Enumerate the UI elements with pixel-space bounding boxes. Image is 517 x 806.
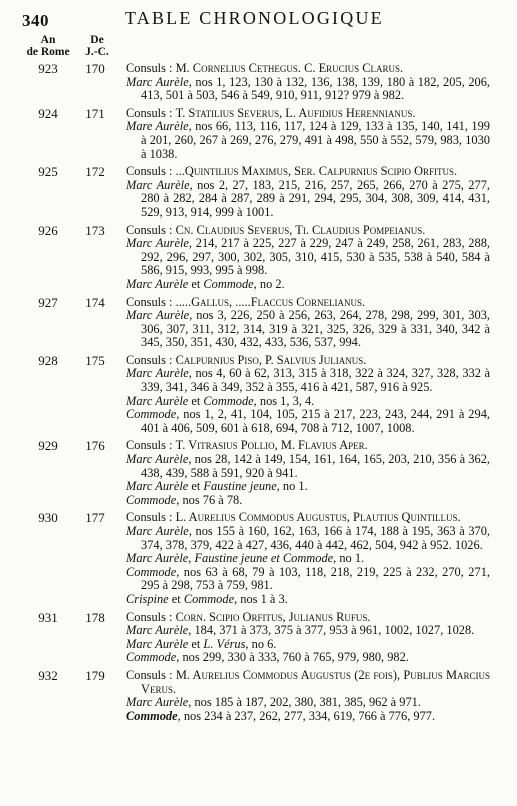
consuls-names: M. Cornelius Cethegus. C. Erucius Clarus… — [176, 61, 404, 75]
entry-body: Consuls : L. Aurelius Commodus Augustus,… — [126, 511, 490, 606]
emperor-name: Commode — [126, 493, 176, 507]
coin-reference-line: Marc Aurèle, 214, 217 à 225, 227 à 229, … — [126, 237, 490, 278]
coin-reference-line: Marc Aurèle, 184, 371 à 373, 375 à 377, … — [126, 624, 490, 638]
consuls-label: Consuls : — [126, 353, 172, 367]
consuls-line: Consuls : .....Gallus, .....Flaccus Corn… — [126, 296, 490, 310]
coin-reference-line: Marc Aurèle, nos 28, 142 à 149, 154, 161… — [126, 453, 490, 480]
consuls-label: Consuls : — [126, 295, 172, 309]
emperor-name: L. Vérus — [203, 637, 245, 651]
chronology-entry: 928175Consuls : Calpurnius Piso, P. Salv… — [0, 354, 517, 436]
emperor-name: Marc Aurèle — [126, 366, 189, 380]
consuls-line: Consuls : Calpurnius Piso, P. Salvius Ju… — [126, 354, 490, 368]
consuls-line: Consuls : ...Quintilius Maximus, Ser. Ca… — [126, 165, 490, 179]
emperor-name: Marc Aurèle — [126, 524, 189, 538]
year-ab-urbe-condita: 925 — [28, 165, 68, 179]
emperor-name: Marc Aurèle — [126, 75, 189, 89]
joiner: et — [188, 637, 203, 651]
catalogue-numbers: , nos 1, 123, 130 à 132, 136, 138, 139, … — [141, 75, 490, 103]
consuls-label: Consuls : — [126, 164, 172, 178]
consuls-names: .....Gallus, .....Flaccus Cornelianus. — [176, 295, 365, 309]
chronology-entry: 930177Consuls : L. Aurelius Commodus Aug… — [0, 511, 517, 606]
year-ab-urbe-condita: 929 — [28, 439, 68, 453]
emperor-name: Marc Aurèle — [126, 308, 189, 322]
catalogue-numbers: , no 2. — [254, 277, 285, 291]
chronology-entry: 931178Consuls : Corn. Scipio Orfitus, Ju… — [0, 611, 517, 665]
page-number: 340 — [22, 14, 49, 28]
year-ad: 176 — [80, 439, 110, 453]
consuls-line: Consuls : Corn. Scipio Orfitus, Julianus… — [126, 611, 490, 625]
consuls-line: Consuls : Cn. Claudius Severus, Ti. Clau… — [126, 224, 490, 238]
chronology-entry: 932179Consuls : M. Aurelius Commodus Aug… — [0, 669, 517, 723]
catalogue-numbers: , nos 299, 330 à 333, 760 à 765, 979, 98… — [176, 650, 409, 664]
column-header-line: An — [22, 35, 74, 47]
consuls-names: T. Statilius Severus, L. Aufidius Herenn… — [176, 106, 416, 120]
coin-reference-line: Marc Aurèle et L. Vérus, no 6. — [126, 638, 490, 652]
coin-reference-line: Crispine et Commode, nos 1 à 3. — [126, 593, 490, 607]
consuls-label: Consuls : — [126, 106, 172, 120]
joiner: et — [169, 592, 184, 606]
coin-reference-line: Marc Aurèle, nos 4, 60 à 62, 313, 315 à … — [126, 367, 490, 394]
coin-reference-line: Marc Aurèle, nos 1, 123, 130 à 132, 136,… — [126, 76, 490, 103]
year-ab-urbe-condita: 926 — [28, 224, 68, 238]
entry-body: Consuls : .....Gallus, .....Flaccus Corn… — [126, 296, 490, 350]
catalogue-numbers: , nos 63 à 68, 79 à 103, 118, 218, 219, … — [141, 565, 490, 593]
catalogue-numbers: , nos 3, 226, 250 à 256, 263, 264, 278, … — [141, 308, 490, 349]
consuls-label: Consuls : — [126, 668, 173, 682]
joiner: et — [188, 277, 203, 291]
emperor-name: Marc Aurèle — [126, 452, 188, 466]
column-header-de-jc: De J.-C. — [80, 35, 114, 58]
consuls-names: ...Quintilius Maximus, Ser. Calpurnius S… — [176, 164, 458, 178]
chronology-entry: 923170Consuls : M. Cornelius Cethegus. C… — [0, 62, 517, 103]
catalogue-numbers: , 214, 217 à 225, 227 à 229, 247 à 249, … — [141, 236, 490, 277]
chronology-entry: 924171Consuls : T. Statilius Severus, L.… — [0, 107, 517, 161]
emperor-name: Marc Aurèle — [126, 479, 188, 493]
consuls-line: Consuls : M. Cornelius Cethegus. C. Eruc… — [126, 62, 490, 76]
catalogue-numbers: , nos 66, 113, 116, 117, 124 à 129, 133 … — [141, 119, 490, 160]
coin-reference-line: Marc Aurèle, nos 3, 226, 250 à 256, 263,… — [126, 309, 490, 350]
year-ab-urbe-condita: 927 — [28, 296, 68, 310]
year-ad: 171 — [80, 107, 110, 121]
entry-body: Consuls : ...Quintilius Maximus, Ser. Ca… — [126, 165, 490, 219]
consuls-label: Consuls : — [126, 223, 172, 237]
year-ad: 172 — [80, 165, 110, 179]
consuls-label: Consuls : — [126, 61, 172, 75]
year-ab-urbe-condita: 931 — [28, 611, 68, 625]
catalogue-numbers: , nos 155 à 160, 162, 163, 166 à 174, 18… — [141, 524, 490, 552]
emperor-name: Marc Aurèle — [126, 236, 189, 250]
catalogue-numbers: , nos 1, 3, 4. — [254, 394, 315, 408]
emperor-name: Marc Aurèle, Faustine jeune et Commode — [126, 551, 333, 565]
year-ad: 174 — [80, 296, 110, 310]
consuls-line: Consuls : T. Statilius Severus, L. Aufid… — [126, 107, 490, 121]
coin-reference-line: Marc Aurèle et Faustine jeune, no 1. — [126, 480, 490, 494]
column-header-line: de Rome — [22, 47, 74, 59]
year-ad: 178 — [80, 611, 110, 625]
catalogue-numbers: , nos 234 à 237, 262, 277, 334, 619, 766… — [178, 709, 435, 723]
entry-body: Consuls : Cn. Claudius Severus, Ti. Clau… — [126, 224, 490, 292]
year-ab-urbe-condita: 928 — [28, 354, 68, 368]
year-ab-urbe-condita: 932 — [28, 669, 68, 683]
entry-body: Consuls : T. Vitrasius Pollio, M. Flaviu… — [126, 439, 490, 507]
emperor-name: Marc Aurèle — [126, 637, 188, 651]
catalogue-numbers: , nos 4, 60 à 62, 313, 315 à 318, 322 à … — [141, 366, 490, 394]
year-ad: 173 — [80, 224, 110, 238]
coin-reference-line: Marc Aurèle, nos 185 à 187, 202, 380, 38… — [126, 696, 490, 710]
column-header-line: J.-C. — [80, 47, 114, 59]
consuls-names: Cn. Claudius Severus, Ti. Claudius Pompe… — [176, 223, 426, 237]
entry-body: Consuls : Calpurnius Piso, P. Salvius Ju… — [126, 354, 490, 436]
catalogue-numbers: , nos 185 à 187, 202, 380, 381, 385, 962… — [188, 695, 421, 709]
coin-reference-line: Commode, nos 63 à 68, 79 à 103, 118, 218… — [126, 566, 490, 593]
catalogue-numbers: , no 6. — [245, 637, 276, 651]
catalogue-numbers: , nos 76 à 78. — [176, 493, 242, 507]
catalogue-numbers: , nos 1, 2, 41, 104, 105, 215 à 217, 223… — [141, 407, 490, 435]
emperor-name: Commode — [126, 650, 176, 664]
consuls-line: Consuls : L. Aurelius Commodus Augustus,… — [126, 511, 490, 525]
consuls-names: Calpurnius Piso, P. Salvius Julianus. — [176, 353, 367, 367]
coin-reference-line: Marc Aurèle et Commode, no 2. — [126, 278, 490, 292]
catalogue-numbers: , nos 28, 142 à 149, 154, 161, 164, 165,… — [141, 452, 490, 480]
chronology-entries: 923170Consuls : M. Cornelius Cethegus. C… — [0, 62, 517, 727]
emperor-name: Marc Aurèle — [126, 623, 188, 637]
emperor-name: Mare Aurèle — [126, 119, 189, 133]
entry-body: Consuls : M. Cornelius Cethegus. C. Eruc… — [126, 62, 490, 103]
catalogue-numbers: , nos 2, 27, 183, 215, 216, 257, 265, 26… — [141, 178, 490, 219]
emperor-name: Commode — [126, 565, 176, 579]
entry-body: Consuls : M. Aurelius Commodus Augustus … — [126, 669, 490, 723]
entry-body: Consuls : Corn. Scipio Orfitus, Julianus… — [126, 611, 490, 665]
coin-reference-line: Commode, nos 1, 2, 41, 104, 105, 215 à 2… — [126, 408, 490, 435]
year-ab-urbe-condita: 923 — [28, 62, 68, 76]
coin-reference-line: Commode, nos 76 à 78. — [126, 494, 490, 508]
coin-reference-line: Commode, nos 234 à 237, 262, 277, 334, 6… — [126, 710, 490, 724]
coin-reference-line: Mare Aurèle, nos 66, 113, 116, 117, 124 … — [126, 120, 490, 161]
consuls-label: Consuls : — [126, 610, 172, 624]
consuls-label: Consuls : — [126, 438, 172, 452]
consuls-names: Corn. Scipio Orfitus, Julianus Rufus. — [176, 610, 371, 624]
joiner: et — [188, 479, 203, 493]
running-title: TABLE CHRONOLOGIQUE — [125, 12, 384, 26]
catalogue-numbers: , nos 1 à 3. — [234, 592, 288, 606]
chronology-entry: 929176Consuls : T. Vitrasius Pollio, M. … — [0, 439, 517, 507]
emperor-name: Commode — [184, 592, 234, 606]
emperor-name: Commode — [126, 407, 176, 421]
emperor-name: Crispine — [126, 592, 169, 606]
catalogue-numbers: , no 1. — [333, 551, 364, 565]
coin-reference-line: Marc Aurèle, nos 155 à 160, 162, 163, 16… — [126, 525, 490, 552]
column-header-an-de-rome: An de Rome — [22, 35, 74, 58]
coin-reference-line: Marc Aurèle, nos 2, 27, 183, 215, 216, 2… — [126, 179, 490, 220]
page-header: 340 TABLE CHRONOLOGIQUE — [0, 12, 517, 36]
year-ad: 170 — [80, 62, 110, 76]
entry-body: Consuls : T. Statilius Severus, L. Aufid… — [126, 107, 490, 161]
consuls-names: T. Vitrasius Pollio, M. Flavius Aper. — [176, 438, 368, 452]
year-ab-urbe-condita: 924 — [28, 107, 68, 121]
column-headers: An de Rome De J.-C. — [0, 35, 130, 61]
emperor-name: Commode — [203, 394, 253, 408]
emperor-name: Faustine jeune — [203, 479, 276, 493]
catalogue-numbers: , 184, 371 à 373, 375 à 377, 953 à 961, … — [188, 623, 474, 637]
year-ad: 177 — [80, 511, 110, 525]
catalogue-numbers: , no 1. — [277, 479, 308, 493]
consuls-names: L. Aurelius Commodus Augustus, Plautius … — [176, 510, 461, 524]
emperor-name: Marc Aurèle — [126, 695, 188, 709]
consuls-names: M. Aurelius Commodus Augustus (2e fois),… — [141, 668, 490, 696]
emperor-name: Commode — [126, 709, 178, 723]
joiner: et — [188, 394, 203, 408]
chronology-entry: 926173Consuls : Cn. Claudius Severus, Ti… — [0, 224, 517, 292]
coin-reference-line: Marc Aurèle et Commode, nos 1, 3, 4. — [126, 395, 490, 409]
year-ad: 179 — [80, 669, 110, 683]
coin-reference-line: Marc Aurèle, Faustine jeune et Commode, … — [126, 552, 490, 566]
year-ab-urbe-condita: 930 — [28, 511, 68, 525]
coin-reference-line: Commode, nos 299, 330 à 333, 760 à 765, … — [126, 651, 490, 665]
emperor-name: Marc Aurèle — [126, 394, 188, 408]
consuls-line: Consuls : T. Vitrasius Pollio, M. Flaviu… — [126, 439, 490, 453]
column-header-line: De — [80, 35, 114, 47]
consuls-line: Consuls : M. Aurelius Commodus Augustus … — [126, 669, 490, 696]
consuls-label: Consuls : — [126, 510, 172, 524]
chronology-entry: 925172Consuls : ...Quintilius Maximus, S… — [0, 165, 517, 219]
year-ad: 175 — [80, 354, 110, 368]
emperor-name: Commode — [203, 277, 253, 291]
chronology-entry: 927174Consuls : .....Gallus, .....Flaccu… — [0, 296, 517, 350]
emperor-name: Marc Aurèle — [126, 178, 190, 192]
emperor-name: Marc Aurèle — [126, 277, 188, 291]
